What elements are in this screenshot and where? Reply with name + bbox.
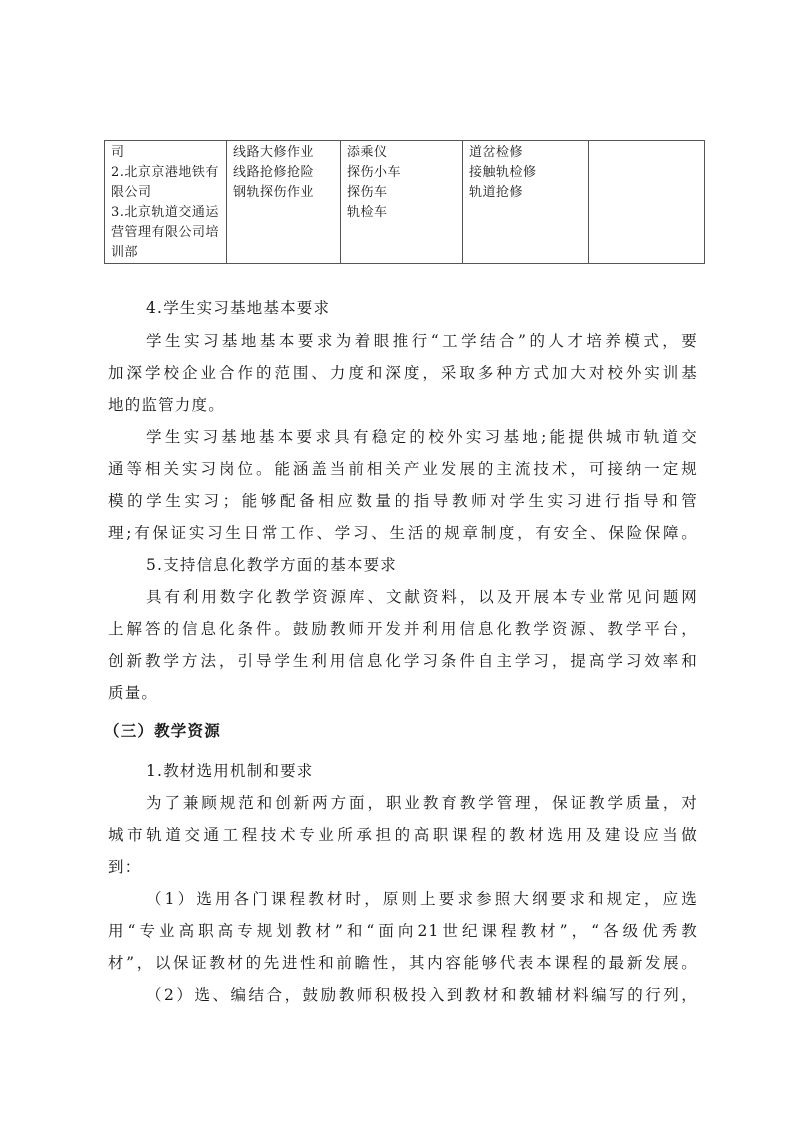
section5-title: 5.支持信息化教学方面的基本要求 — [146, 555, 698, 575]
table-cell-empty — [589, 141, 705, 264]
table-cell-tasks: 道岔检修 接触轨检修 轨道抢修 — [463, 141, 589, 264]
paragraph-line: 为了兼顾规范和创新两方面，职业教育教学管理，保证教学质量，对 — [146, 793, 698, 813]
paragraph-line: 材”，以保证教材的先进性和前瞻性，其内容能够代表本课程的最新发展。 — [108, 953, 698, 973]
paragraph-line: 模的学生实习；能够配备相应数量的指导教师对学生实习进行指导和管 — [108, 491, 698, 511]
paragraph-line: 创新教学方法，引导学生利用信息化学习条件自主学习，提高学习效率和 — [108, 651, 698, 671]
paragraph-line: 地的监管力度。 — [108, 395, 698, 415]
paragraph-line: 用“专业高职高专规划教材”和“面向21世纪课程教材”，“各级优秀教 — [108, 921, 698, 941]
table-row: 司 2.北京京港地铁有 限公司 3.北京轨道交通运 营管理有限公司培 训部 线路… — [105, 141, 705, 264]
paragraph-line: 城市轨道交通工程技术专业所承担的高职课程的教材选用及建设应当做 — [108, 825, 698, 845]
paragraph-line: （2）选、编结合，鼓励教师积极投入到教材和教辅材料编写的行列， — [146, 985, 698, 1005]
paragraph-line: （1）选用各门课程教材时，原则上要求参照大纲要求和规定，应选 — [146, 889, 698, 909]
table-cell-company: 司 2.北京京港地铁有 限公司 3.北京轨道交通运 营管理有限公司培 训部 — [105, 141, 227, 264]
section3-heading: （三）教学资源 — [104, 721, 694, 741]
paragraph-line: 学生实习基地基本要求具有稳定的校外实习基地;能提供城市轨道交 — [146, 427, 698, 447]
paragraph-line: 通等相关实习岗位。能涵盖当前相关产业发展的主流技术，可接纳一定规 — [108, 459, 698, 479]
paragraph-line: 学生实习基地基本要求为着眼推行“工学结合”的人才培养模式，要 — [146, 331, 698, 351]
paragraph-line: 理;有保证实习生日常工作、学习、生活的规章制度，有安全、保险保障。 — [108, 523, 698, 543]
paragraph-line: 质量。 — [108, 683, 698, 703]
paragraph-line: 具有利用数字化教学资源库、文献资料，以及开展本专业常见问题网 — [146, 587, 698, 607]
section4-title: 4.学生实习基地基本要求 — [146, 298, 698, 318]
document-page: 司 2.北京京港地铁有 限公司 3.北京轨道交通运 营管理有限公司培 训部 线路… — [0, 0, 794, 1123]
table-cell-equipment: 添乘仪 探伤小车 探伤车 轨检车 — [341, 141, 463, 264]
paragraph-line: 到： — [108, 857, 698, 877]
subsection1-title: 1.教材选用机制和要求 — [146, 761, 698, 781]
practice-base-table: 司 2.北京京港地铁有 限公司 3.北京轨道交通运 营管理有限公司培 训部 线路… — [104, 140, 705, 264]
paragraph-line: 加深学校企业合作的范围、力度和深度，采取多种方式加大对校外实训基 — [108, 363, 698, 383]
paragraph-line: 上解答的信息化条件。鼓励教师开发并利用信息化教学资源、教学平台， — [108, 619, 698, 639]
table-cell-work: 线路大修作业 线路抢修抢险 钢轨探伤作业 — [227, 141, 341, 264]
